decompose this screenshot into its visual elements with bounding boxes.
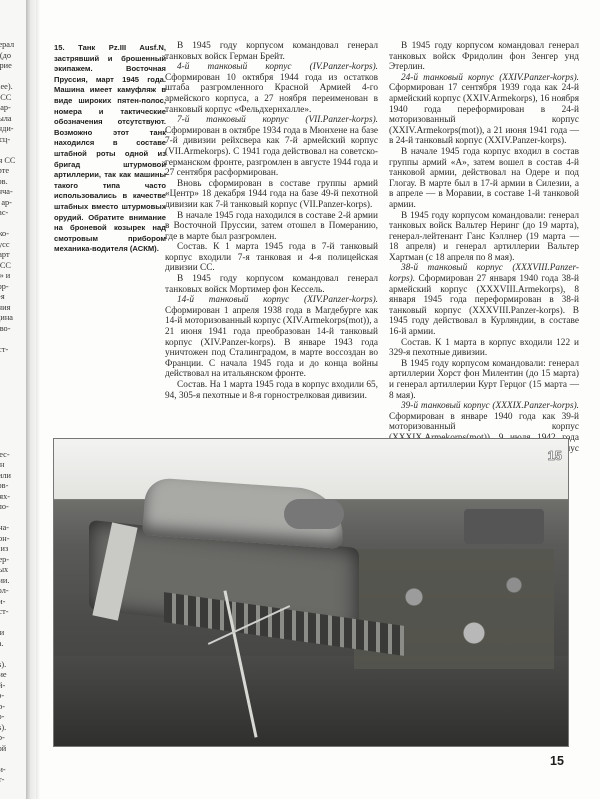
paragraph: 24-й танковый корпус (XXIV.Panzer-korps)…: [389, 73, 579, 147]
text-column-middle: В 1945 году корпусом командовал генерал …: [165, 41, 378, 401]
paragraph: 7-й танковый корпус (VII.Panzer-korps). …: [165, 115, 378, 179]
paragraph: В 1945 году корпусом командовал генерал …: [165, 41, 378, 62]
paragraph: В 1945 году корпусом командовали: генера…: [389, 359, 579, 401]
paragraph: В начале 1945 года корпус входил в соста…: [389, 147, 579, 211]
photo-ground: [54, 656, 568, 746]
photo-caption: 15. Танк Pz.III Ausf.N, застрявший и бро…: [54, 43, 166, 255]
section-heading: 7-й танковый корпус (VII.Panzer-korps).: [177, 115, 378, 125]
facing-page-fragment: нерал ь (до Эрие mee). х СС о ар- была а…: [0, 0, 26, 799]
text-column-right: В 1945 году корпусом командовал генерал …: [389, 41, 579, 465]
section-heading: 14-й танковый корпус (XIV.Panzer-korps).: [177, 295, 378, 305]
tank-wreck-photo: 15: [53, 438, 569, 747]
paragraph: Состав. На 1 марта 1945 года в корпус вх…: [165, 380, 378, 401]
section-heading: 4-й танковый корпус (IV.Panzer-korps).: [177, 62, 378, 72]
photo-distant-vehicle: [464, 509, 544, 544]
paragraph: Состав. К 1 марта 1945 года в 7-й танков…: [165, 242, 378, 274]
book-gutter-shadow: [36, 0, 40, 799]
paragraph: В начале 1945 года находился в составе 2…: [165, 211, 378, 243]
paragraph: В 1945 году корпусом командовали: генера…: [389, 211, 579, 264]
paragraph: 38-й танковый корпус (XXXVIII.Panzer-kor…: [389, 263, 579, 337]
section-heading: 24-й танковый корпус (XXIV.Panzer-korps)…: [401, 73, 579, 83]
page-number: 15: [550, 754, 564, 768]
section-heading: 39-й танковый корпус (XXXIX.Panzer-korps…: [401, 401, 579, 411]
paragraph: 14-й танковый корпус (XIV.Panzer-korps).…: [165, 295, 378, 380]
paragraph: 4-й танковый корпус (IV.Panzer-korps). С…: [165, 62, 378, 115]
paragraph: Вновь сформирован в составе группы армий…: [165, 179, 378, 211]
paragraph: В 1945 году корпусом командовал генерал …: [389, 41, 579, 73]
facing-page-text: нерал ь (до Эрие mee). х СС о ар- была а…: [0, 40, 26, 786]
photo-tank-mantlet: [284, 499, 344, 529]
paragraph: Состав. К 1 марта в корпус входили 122 и…: [389, 338, 579, 359]
book-gutter: [26, 0, 36, 799]
paragraph: В 1945 году корпусом командовал генерал …: [165, 274, 378, 295]
photo-number: 15: [548, 448, 562, 463]
